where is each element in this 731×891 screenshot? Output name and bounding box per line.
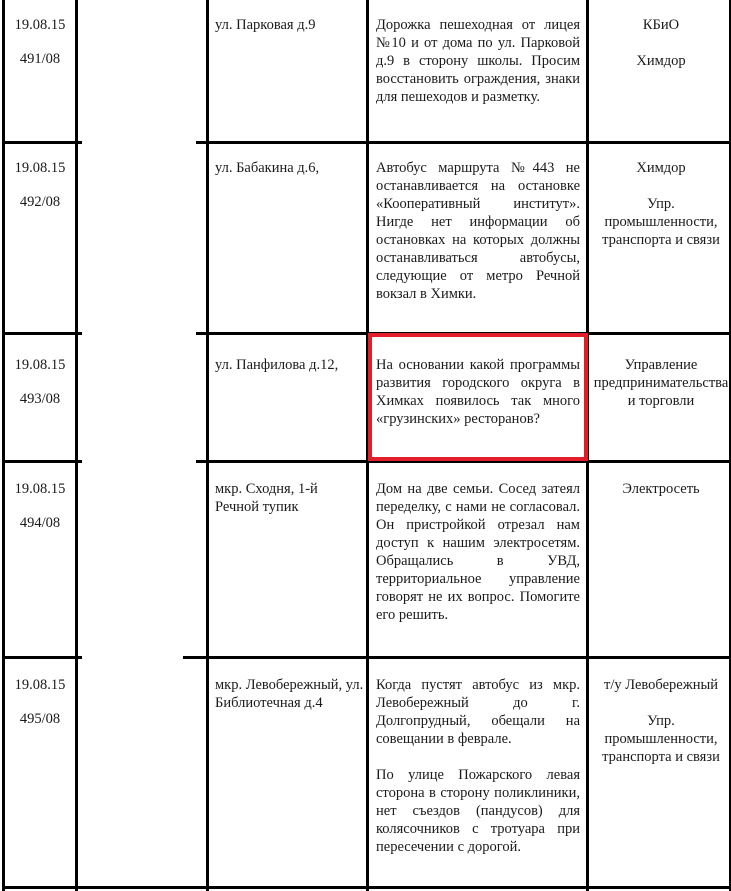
address-cell: ул. Парковая д.9 — [215, 16, 365, 34]
responsible-org: Управление предпринимательства и торговл… — [592, 356, 730, 410]
request-number: 491/08 — [6, 50, 74, 68]
row-separator — [2, 332, 82, 335]
highlight-box — [368, 333, 588, 461]
date-cell: 19.08.15 493/08 — [6, 356, 74, 408]
responsible-org: Химдор — [592, 52, 730, 70]
responsible-org-cell: Управление предпринимательства и торговл… — [592, 356, 730, 410]
row-separator — [183, 656, 731, 659]
border-left — [2, 0, 5, 891]
request-number: 493/08 — [6, 390, 74, 408]
responsible-org-cell: КБиО Химдор — [592, 16, 730, 70]
request-date: 19.08.15 — [6, 676, 74, 694]
row-separator — [196, 141, 731, 144]
responsible-org: КБиО — [592, 16, 730, 34]
request-number: 495/08 — [6, 710, 74, 728]
responsible-org-cell: т/у Левобережный Упр. промышленности, тр… — [592, 676, 730, 766]
responsible-org: т/у Левобережный — [592, 676, 730, 694]
responsible-org-cell: Электросеть — [592, 480, 730, 498]
row-separator — [2, 460, 82, 463]
request-number: 494/08 — [6, 514, 74, 532]
request-text: Автобус маршрута №443 не останавливается… — [376, 159, 580, 303]
responsible-org: Упр. промышленности, транспорта и связи — [592, 712, 730, 766]
date-cell: 19.08.15 491/08 — [6, 16, 74, 68]
request-text: По улице Пожарского левая сторона в стор… — [376, 766, 580, 856]
request-text-cell: Дом на две семьи. Сосед затеял переделку… — [376, 480, 580, 624]
request-text: Дом на две семьи. Сосед затеял переделку… — [376, 480, 580, 624]
row-separator — [2, 141, 82, 144]
request-date: 19.08.15 — [6, 480, 74, 498]
request-number: 492/08 — [6, 193, 74, 211]
responsible-org: Упр. промышленности, транспорта и связи — [592, 195, 730, 249]
responsible-org-cell: Химдор Упр. промышленности, транспорта и… — [592, 159, 730, 249]
date-cell: 19.08.15 492/08 — [6, 159, 74, 211]
request-date: 19.08.15 — [6, 159, 74, 177]
border-col1 — [75, 0, 78, 891]
request-text-cell: Дорожка пешеходная от лицея №10 и от дом… — [376, 16, 580, 106]
date-cell: 19.08.15 495/08 — [6, 676, 74, 728]
responsible-org: Электросеть — [592, 480, 730, 498]
row-separator — [2, 886, 731, 889]
request-text-cell: Автобус маршрута №443 не останавливается… — [376, 159, 580, 303]
address-cell: мкр. Сходня, 1-й Речной тупик — [215, 480, 365, 516]
date-cell: 19.08.15 494/08 — [6, 480, 74, 532]
request-text: Дорожка пешеходная от лицея №10 и от дом… — [376, 16, 580, 106]
address-cell: мкр. Левобережный, ул. Библиотечная д.4 — [215, 676, 365, 712]
request-date: 19.08.15 — [6, 16, 74, 34]
request-text-cell: Когда пустят автобус из мкр. Левобережны… — [376, 676, 580, 856]
row-separator — [2, 656, 82, 659]
border-col2 — [206, 0, 209, 891]
address-cell: ул. Панфилова д.12, — [215, 356, 365, 374]
request-date: 19.08.15 — [6, 356, 74, 374]
address-cell: ул. Бабакина д.6, — [215, 159, 365, 177]
request-text: Когда пустят автобус из мкр. Левобережны… — [376, 676, 580, 748]
responsible-org: Химдор — [592, 159, 730, 177]
